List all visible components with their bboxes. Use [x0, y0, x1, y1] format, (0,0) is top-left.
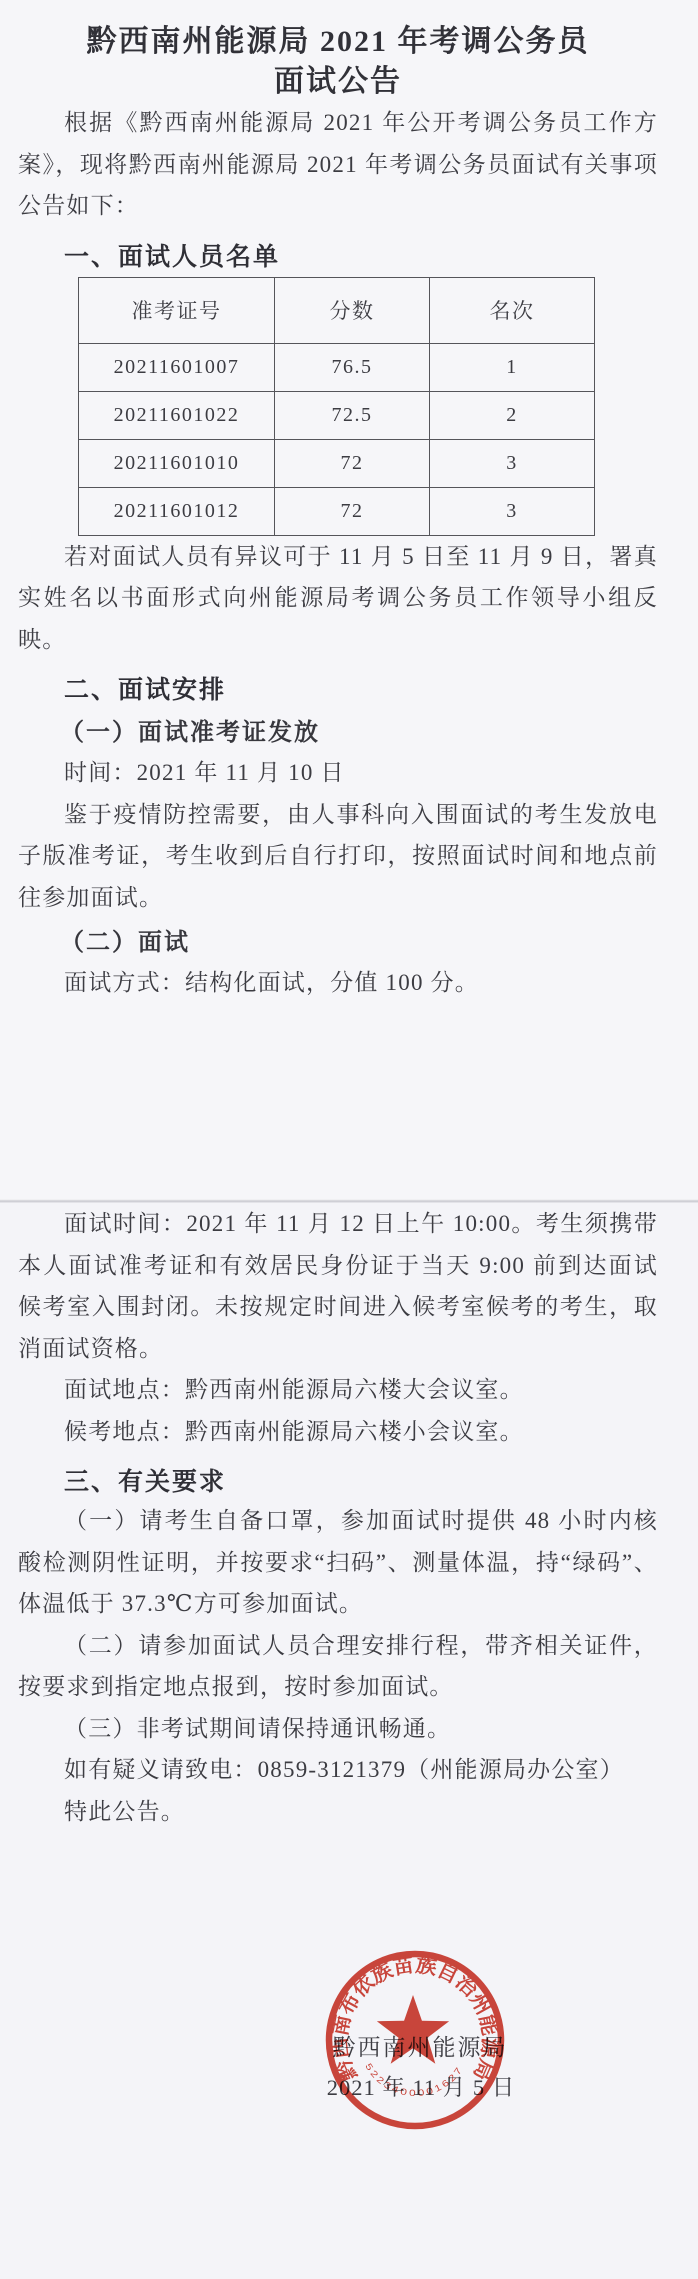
closing-line: 特此公告。 [18, 1791, 658, 1833]
subsection-heading-2: （二）面试 [60, 924, 658, 962]
table-cell-rank: 2 [430, 391, 595, 439]
objection-paragraph: 若对面试人员有异议可于 11 月 5 日至 11 月 9 日，署真实姓名以书面形… [18, 536, 658, 661]
table-header-cell: 名次 [430, 277, 595, 343]
requirement-1-paragraph: （一）请考生自备口罩，参加面试时提供 48 小时内核酸检测阴性证明，并按要求“扫… [18, 1500, 658, 1625]
table-row: 20211601022 72.5 2 [79, 391, 595, 439]
page-1: 黔西南州能源局 2021 年考调公务员 面试公告 根据《黔西南州能源局 2021… [0, 0, 698, 1199]
signature-org: 黔西南州能源局 [330, 2029, 510, 2062]
requirement-2-paragraph: （二）请参加面试人员合理安排行程，带齐相关证件，按要求到指定地点报到，按时参加面… [18, 1625, 658, 1708]
table-cell-score: 72.5 [275, 391, 430, 439]
table-row: 20211601010 72 3 [79, 439, 595, 487]
table-cell-rank: 1 [430, 343, 595, 391]
table-header-row: 准考证号 分数 名次 [79, 277, 595, 343]
table-cell-score: 72 [275, 487, 430, 535]
location-line: 面试地点：黔西南州能源局六楼大会议室。 [18, 1369, 658, 1411]
epidemic-paragraph: 鉴于疫情防控需要，由人事科向入围面试的考生发放电子版准考证，考生收到后自行打印，… [18, 794, 658, 919]
table-cell-score: 72 [275, 439, 430, 487]
doc-title-line1: 黔西南州能源局 2021 年考调公务员 [87, 25, 590, 58]
table-cell-score: 76.5 [275, 343, 430, 391]
page-2: 面试时间：2021 年 11 月 12 日上午 10:00。考生须携带本人面试准… [0, 1203, 698, 2279]
table-header-cell: 分数 [275, 277, 430, 343]
doc-title: 黔西南州能源局 2021 年考调公务员 面试公告 [18, 22, 658, 102]
table-header-cell: 准考证号 [79, 277, 275, 343]
contact-line: 如有疑义请致电：0859-3121379（州能源局办公室） [18, 1749, 658, 1791]
method-line: 面试方式：结构化面试，分值 100 分。 [18, 962, 658, 1004]
subsection-heading-1: （一）面试准考证发放 [60, 714, 658, 752]
table-row: 20211601007 76.5 1 [79, 343, 595, 391]
doc-title-line2: 面试公告 [274, 65, 402, 98]
table-cell-rank: 3 [430, 487, 595, 535]
section-heading-2: 二、面试安排 [64, 672, 658, 708]
table-cell-ticket: 20211601022 [79, 391, 275, 439]
section-heading-1: 一、面试人员名单 [64, 239, 658, 275]
announcement-document: 黔西南州能源局 2021 年考调公务员 面试公告 根据《黔西南州能源局 2021… [0, 0, 698, 2279]
table-cell-ticket: 20211601010 [79, 439, 275, 487]
issue-time-line: 时间：2021 年 11 月 10 日 [18, 752, 658, 794]
interview-time-paragraph: 面试时间：2021 年 11 月 12 日上午 10:00。考生须携带本人面试准… [18, 1203, 658, 1369]
signature-date: 2021 年 11 月 5 日 [316, 2070, 526, 2102]
table-cell-rank: 3 [430, 439, 595, 487]
requirement-3-paragraph: （三）非考试期间请保持通讯畅通。 [18, 1708, 658, 1750]
intro-paragraph: 根据《黔西南州能源局 2021 年公开考调公务员工作方案》，现将黔西南州能源局 … [18, 102, 658, 227]
waiting-room-line: 候考地点：黔西南州能源局六楼小会议室。 [18, 1411, 658, 1453]
table-cell-ticket: 20211601007 [79, 343, 275, 391]
table-cell-ticket: 20211601012 [79, 487, 275, 535]
interview-table: 准考证号 分数 名次 20211601007 76.5 1 2021160102… [78, 277, 595, 536]
table-row: 20211601012 72 3 [79, 487, 595, 535]
section-heading-3: 三、有关要求 [64, 1464, 658, 1500]
